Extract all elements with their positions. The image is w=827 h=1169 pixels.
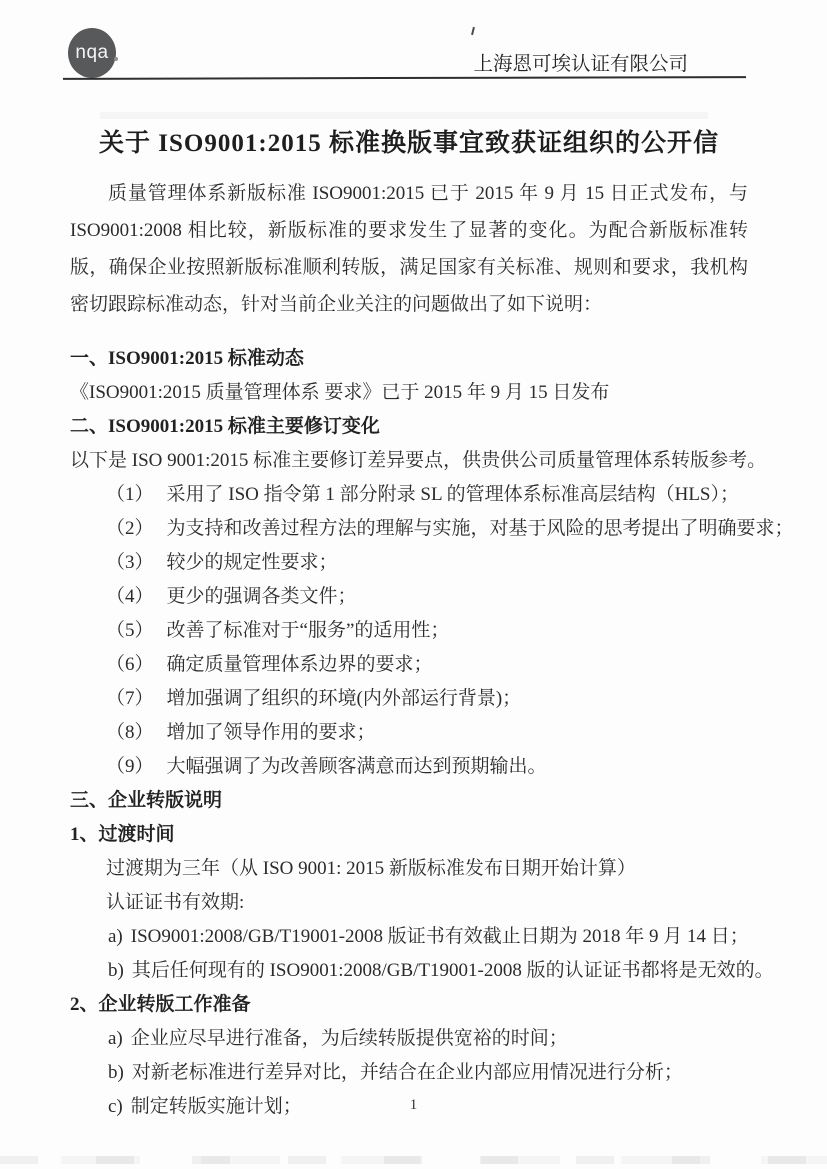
item-text: 增加了领导作用的要求；	[167, 722, 376, 743]
item-text: 较少的规定性要求；	[167, 552, 338, 573]
item-text: 增加强调了组织的环境(内外部运行背景)；	[167, 688, 522, 709]
section-1-body: 《ISO9001:2015 质量管理体系 要求》已于 2015 年 9 月 15…	[70, 376, 748, 410]
page-number: 1	[0, 1097, 827, 1114]
item-text: ISO9001:2008/GB/T19001-2008 版证书有效截止日期为 2…	[131, 926, 749, 947]
item-number: （3）	[106, 546, 154, 580]
item-text: 改善了标准对于“服务”的适用性；	[167, 620, 450, 641]
item-letter: a)	[108, 1022, 123, 1056]
validity-item: a)ISO9001:2008/GB/T19001-2008 版证书有效截止日期为…	[70, 920, 748, 954]
section-2-body: 以下是 ISO 9001:2015 标准主要修订差异要点，供贵供公司质量管理体系…	[70, 444, 748, 478]
item-text: 为支持和改善过程方法的理解与实施，对基于风险的思考提出了明确要求；	[167, 518, 794, 539]
item-text: 其后任何现有的 ISO9001:2008/GB/T19001-2008 版的认证…	[132, 960, 774, 981]
certificate-validity-line: 认证证书有效期:	[70, 886, 748, 920]
preparation-item: b)对新老标准进行差异对比，并结合在企业内部应用情况进行分析；	[70, 1056, 748, 1090]
item-number: （4）	[106, 580, 154, 614]
bottom-scan-artifact-band	[0, 1156, 827, 1164]
nqa-logo-trademark-dot	[114, 57, 118, 61]
item-number: （7）	[106, 682, 154, 716]
preparation-item: a)企业应尽早进行准备，为后续转版提供宽裕的时间；	[70, 1022, 748, 1056]
revision-item: （5）改善了标准对于“服务”的适用性；	[70, 614, 748, 648]
item-text: 确定质量管理体系边界的要求；	[167, 654, 433, 675]
scan-smudge	[100, 112, 708, 119]
document-title: 关于 ISO9001:2015 标准换版事宜致获证组织的公开信	[70, 128, 748, 160]
transition-period-line: 过渡期为三年（从 ISO 9001: 2015 新版标准发布日期开始计算）	[70, 852, 748, 886]
revision-item: （9）大幅强调了为改善顾客满意而达到预期输出。	[70, 750, 748, 784]
subsection-2-heading: 2、企业转版工作准备	[70, 988, 748, 1022]
revision-item: （7）增加强调了组织的环境(内外部运行背景)；	[70, 682, 748, 716]
item-text: 企业应尽早进行准备，为后续转版提供宽裕的时间；	[131, 1028, 568, 1049]
intro-paragraph: 质量管理体系新版标准 ISO9001:2015 已于 2015 年 9 月 15…	[70, 175, 748, 323]
validity-item: b)其后任何现有的 ISO9001:2008/GB/T19001-2008 版的…	[70, 954, 748, 988]
revision-item: （3）较少的规定性要求；	[70, 546, 748, 580]
item-letter: b)	[108, 1056, 124, 1090]
section-1-heading: 一、ISO9001:2015 标准动态	[70, 342, 748, 376]
document-page: nqa 上海恩可埃认证有限公司 关于 ISO9001:2015 标准换版事宜致获…	[0, 0, 827, 1169]
scan-artifact	[471, 27, 475, 35]
subsection-1-heading: 1、过渡时间	[70, 818, 748, 852]
revision-item: （8）增加了领导作用的要求；	[70, 716, 748, 750]
item-text: 大幅强调了为改善顾客满意而达到预期输出。	[167, 756, 547, 777]
company-name: 上海恩可埃认证有限公司	[473, 48, 688, 76]
item-number: （1）	[106, 478, 154, 512]
item-text: 更少的强调各类文件；	[167, 586, 357, 607]
item-letter: b)	[108, 954, 124, 988]
revision-item: （6）确定质量管理体系边界的要求；	[70, 648, 748, 682]
header-divider	[63, 76, 746, 80]
item-text: 对新老标准进行差异对比，并结合在企业内部应用情况进行分析；	[132, 1062, 683, 1083]
section-2-heading: 二、ISO9001:2015 标准主要修订变化	[70, 410, 748, 444]
revision-item: （2）为支持和改善过程方法的理解与实施，对基于风险的思考提出了明确要求；	[70, 512, 748, 546]
section-3-heading: 三、企业转版说明	[70, 784, 748, 818]
item-text: 采用了 ISO 指令第 1 部分附录 SL 的管理体系标准高层结构（HLS）；	[167, 484, 739, 505]
item-number: （2）	[106, 512, 154, 546]
item-letter: a)	[108, 920, 123, 954]
item-number: （9）	[106, 750, 154, 784]
item-number: （6）	[106, 648, 154, 682]
item-number: （8）	[106, 716, 154, 750]
nqa-logo: nqa	[68, 28, 116, 78]
document-body: 关于 ISO9001:2015 标准换版事宜致获证组织的公开信 质量管理体系新版…	[70, 128, 748, 1124]
revision-item: （1）采用了 ISO 指令第 1 部分附录 SL 的管理体系标准高层结构（HLS…	[70, 478, 748, 512]
revision-item: （4）更少的强调各类文件；	[70, 580, 748, 614]
nqa-logo-text: nqa	[75, 42, 108, 64]
item-number: （5）	[106, 614, 154, 648]
